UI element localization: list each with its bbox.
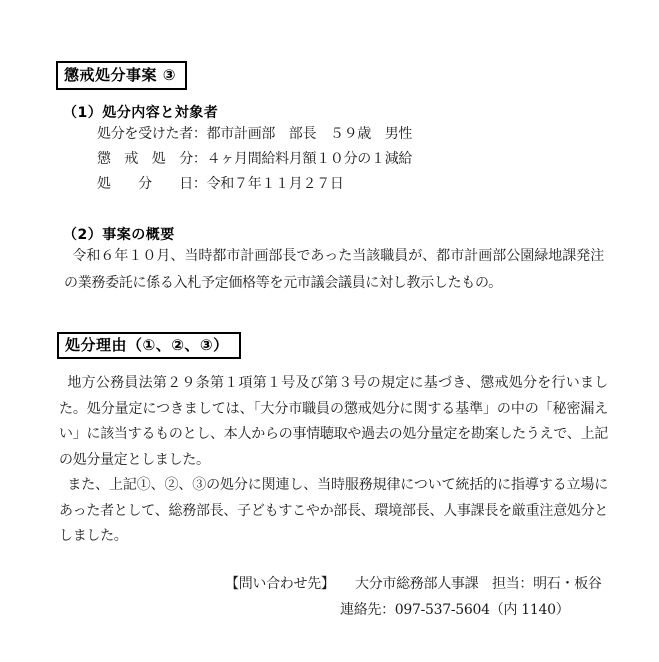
contact-line-phone: 連絡先：097-537-5604（内 1140） (340, 597, 569, 623)
case-title-box: 懲戒処分事案 ③ (56, 61, 187, 90)
section2-heading: （2）事案の概要 (63, 226, 175, 244)
section1-details: 処分を受けた者：都市計画部 部長 ５９歳 男性 懲 戒 処 分：４ヶ月間給料月額… (97, 122, 412, 197)
reason-title-label: 処分理由（①、②、③） (65, 336, 229, 354)
section2-paragraph: 令和６年１０月、当時都市計画部長であった当該職員が、都市計画部公園緑地課発注の業… (64, 243, 604, 297)
reason-paragraph-2: また、上記①、②、③の処分に関連し、当時服務規律について統括的に指導する立場にあ… (59, 473, 608, 550)
contact-line-department: 【問い合わせ先】 大分市総務部人事課 担当：明石・板谷 (225, 571, 602, 597)
reason-paragraph-1: 地方公務員法第２９条第１項第１号及び第３号の規定に基づき、懲戒処分を行いました。… (59, 371, 608, 473)
detail-line-action: 懲 戒 処 分：４ヶ月間給料月額１０分の１減給 (97, 147, 412, 172)
case-title-label: 懲戒処分事案 ③ (64, 66, 176, 84)
reason-paragraphs: 地方公務員法第２９条第１項第１号及び第３号の規定に基づき、懲戒処分を行いました。… (59, 371, 608, 550)
document-page: 懲戒処分事案 ③ （1）処分内容と対象者 処分を受けた者：都市計画部 部長 ５９… (0, 0, 659, 662)
detail-line-date: 処 分 日：令和７年１１月２７日 (97, 172, 412, 197)
section1-heading: （1）処分内容と対象者 (63, 104, 218, 122)
detail-line-person: 処分を受けた者：都市計画部 部長 ５９歳 男性 (97, 122, 412, 147)
reason-title-box: 処分理由（①、②、③） (57, 332, 241, 359)
